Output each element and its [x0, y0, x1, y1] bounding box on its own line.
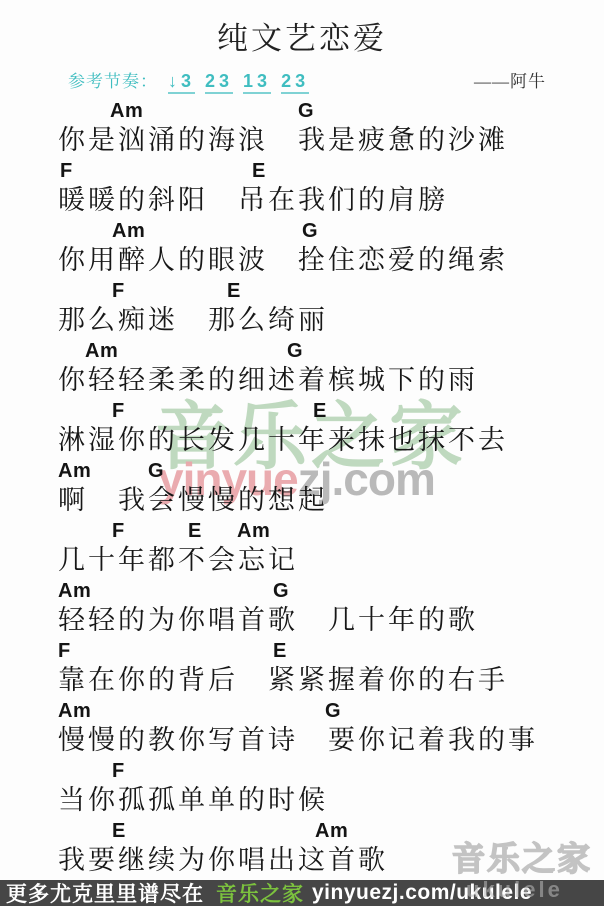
lyric-line: 当你孤孤单单的时候 [0, 782, 604, 820]
lyric-line: 你是汹涌的海浪 我是疲惫的沙滩 [0, 122, 604, 160]
lyric-line: 你用醉人的眼波 拴住恋爱的绳索 [0, 242, 604, 280]
chord-line: AmG [0, 100, 604, 122]
chord-label: E [252, 160, 266, 183]
song-row: AmG慢慢的教你写首诗 要你记着我的事 [0, 700, 604, 760]
chord-line: AmG [0, 220, 604, 242]
chord-line: AmG [0, 340, 604, 362]
chord-line: FEAm [0, 520, 604, 542]
chord-line: FE [0, 640, 604, 662]
chord-label: Am [58, 700, 91, 723]
song-row: AmG啊 我会慢慢的想起 [0, 460, 604, 520]
watermark-corner-sub: ukulele [466, 879, 592, 901]
chord-label: F [112, 520, 125, 543]
song-row: F当你孤孤单单的时候 [0, 760, 604, 820]
chord-label: E [273, 640, 287, 663]
lyric-line: 轻轻的为你唱首歌 几十年的歌 [0, 602, 604, 640]
song-row: FE那么痴迷 那么绮丽 [0, 280, 604, 340]
chord-sheet-page: 音乐之家 yinyuezj.com 纯文艺恋爱 参考节奏：↓3231323 ——… [0, 0, 604, 906]
lyric-line: 淋湿你的长发几十年来抹也抹不去 [0, 422, 604, 460]
lyric-line: 那么痴迷 那么绮丽 [0, 302, 604, 340]
rhythm-label: 参考节奏： [68, 72, 158, 91]
lyric-line: 暖暖的斜阳 吊在我们的肩膀 [0, 182, 604, 220]
chord-label: G [325, 700, 341, 723]
chord-label: Am [112, 220, 145, 243]
chord-line: AmG [0, 580, 604, 602]
chord-line: FE [0, 400, 604, 422]
rhythm-group: 23 [281, 71, 309, 94]
rhythm-group: ↓3 [168, 71, 195, 94]
lyric-line: 靠在你的背后 紧紧握着你的右手 [0, 662, 604, 700]
rhythm-group: 23 [205, 71, 233, 94]
song-row: FEAm几十年都不会忘记 [0, 520, 604, 580]
chord-label: E [112, 820, 126, 843]
artist-credit: ——阿牛 [474, 67, 546, 92]
song-row: AmG你是汹涌的海浪 我是疲惫的沙滩 [0, 100, 604, 160]
lyric-line: 你轻轻柔柔的细述着槟城下的雨 [0, 362, 604, 400]
chord-label: F [112, 760, 125, 783]
rhythm-groups: ↓3231323 [158, 72, 309, 91]
meta-row: 参考节奏：↓3231323 ——阿牛 [0, 67, 604, 91]
lyric-line: 啊 我会慢慢的想起 [0, 482, 604, 520]
footer-prefix: 更多尤克里里谱尽在 [6, 878, 204, 906]
song-row: AmG你轻轻柔柔的细述着槟城下的雨 [0, 340, 604, 400]
chord-label: G [273, 580, 289, 603]
chord-label: Am [58, 460, 91, 483]
chord-line: F [0, 760, 604, 782]
chord-label: Am [58, 580, 91, 603]
chord-label: G [298, 100, 314, 123]
song-row: FE淋湿你的长发几十年来抹也抹不去 [0, 400, 604, 460]
chord-line: FE [0, 280, 604, 302]
footer-brand: 音乐之家 [216, 878, 304, 906]
song-row: FE暖暖的斜阳 吊在我们的肩膀 [0, 160, 604, 220]
chord-label: E [313, 400, 327, 423]
chord-line: AmG [0, 700, 604, 722]
song-row: FE靠在你的背后 紧紧握着你的右手 [0, 640, 604, 700]
song-lines: AmG你是汹涌的海浪 我是疲惫的沙滩FE暖暖的斜阳 吊在我们的肩膀AmG你用醉人… [0, 100, 604, 880]
chord-label: E [227, 280, 241, 303]
chord-label: Am [85, 340, 118, 363]
song-row: AmG轻轻的为你唱首歌 几十年的歌 [0, 580, 604, 640]
watermark-corner-brand: 音乐之家 [452, 842, 592, 875]
chord-label: G [302, 220, 318, 243]
lyric-line: 几十年都不会忘记 [0, 542, 604, 580]
chord-label: G [148, 460, 164, 483]
chord-label: Am [237, 520, 270, 543]
song-row: AmG你用醉人的眼波 拴住恋爱的绳索 [0, 220, 604, 280]
chord-label: F [58, 640, 71, 663]
lyric-line: 慢慢的教你写首诗 要你记着我的事 [0, 722, 604, 760]
chord-label: F [112, 280, 125, 303]
rhythm-line: 参考节奏：↓3231323 [68, 67, 309, 92]
chord-label: Am [315, 820, 348, 843]
rhythm-group: 13 [243, 71, 271, 94]
chord-label: E [188, 520, 202, 543]
chord-label: Am [110, 100, 143, 123]
chord-label: F [60, 160, 73, 183]
watermark-corner: 音乐之家 ukulele [452, 842, 592, 901]
chord-line: EAm [0, 820, 604, 842]
chord-line: FE [0, 160, 604, 182]
chord-label: F [112, 400, 125, 423]
chord-line: AmG [0, 460, 604, 482]
chord-label: G [287, 340, 303, 363]
page-title: 纯文艺恋爱 [0, 13, 604, 58]
